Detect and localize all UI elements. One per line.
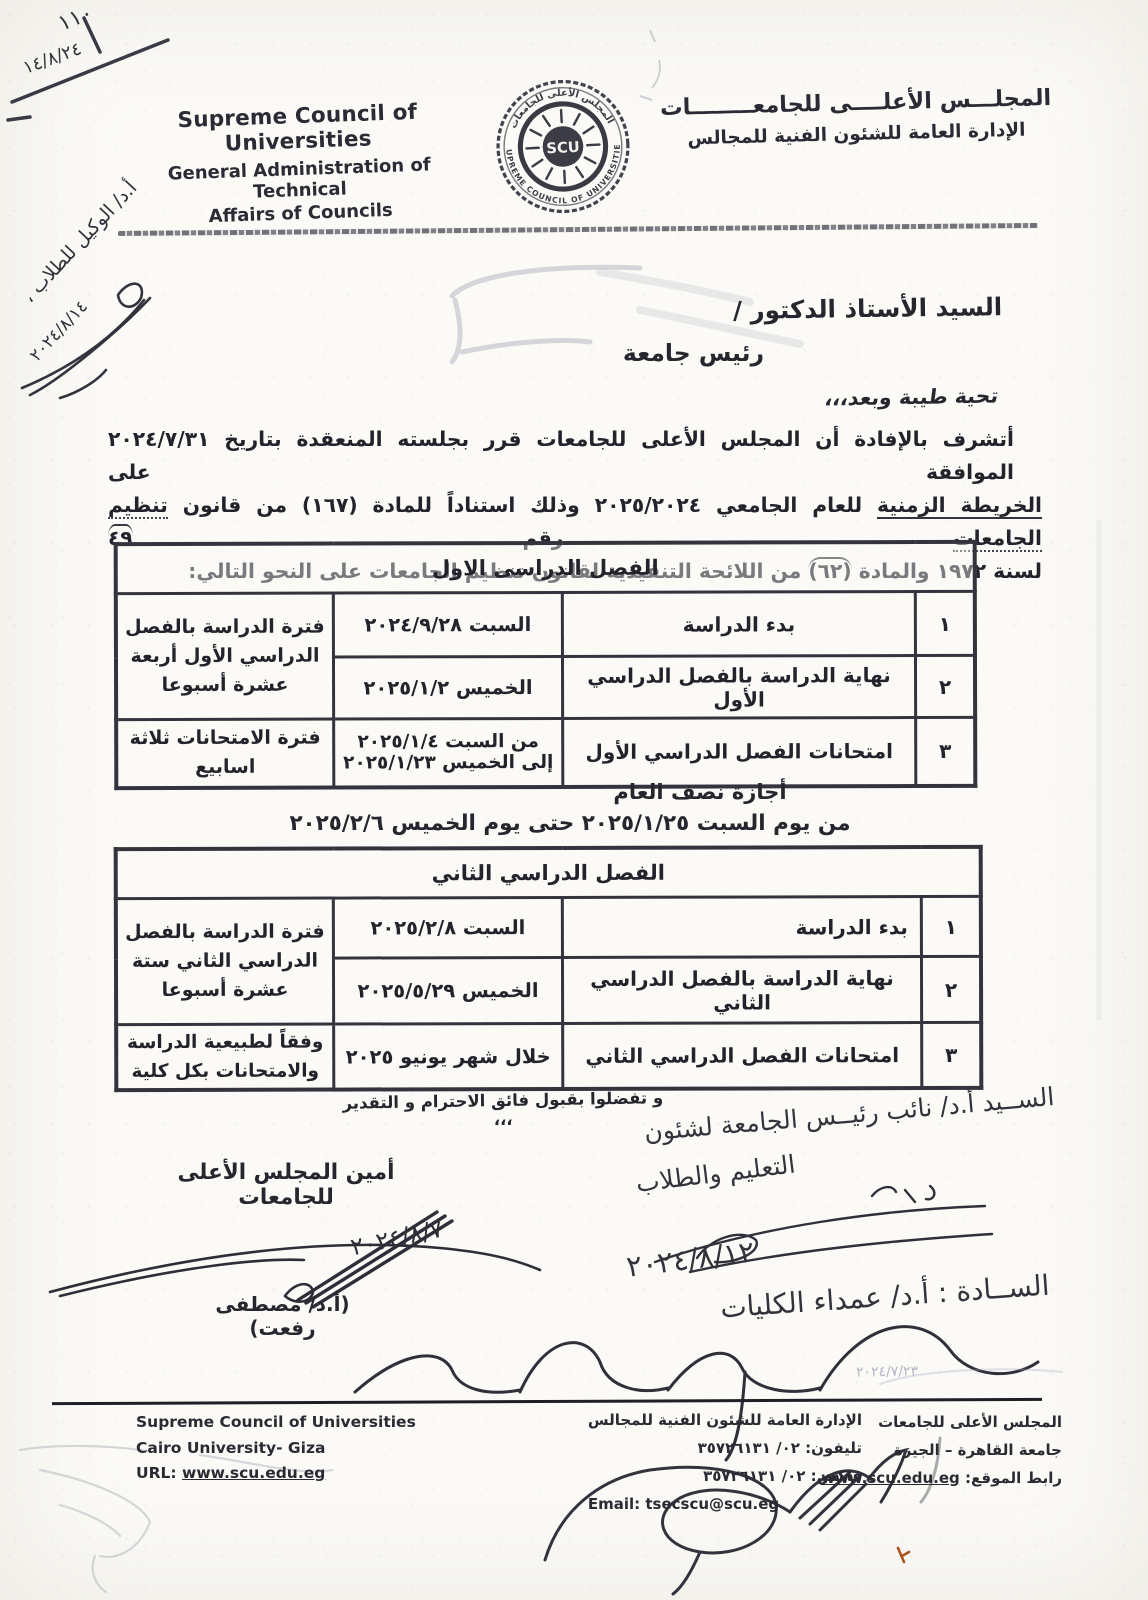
secretary-title: أمين المجلس الأعلى للجامعات bbox=[136, 1160, 436, 1210]
table-row: ١ بدء الدراسة السبت ٢٠٢٥/٢/٨ فترة الدراس… bbox=[116, 896, 981, 958]
row-date-cell: السبت ٢٠٢٥/٢/٨ bbox=[333, 897, 562, 958]
table-row: ٣ امتحانات الفصل الدراسي الثاني خلال شهر… bbox=[116, 1022, 981, 1090]
header-en-title: Supreme Council of Universities bbox=[138, 98, 458, 159]
header-arabic-block: المجلـــس الأعلــــى للجامعــــــــات ال… bbox=[651, 85, 1060, 151]
table-row: ٣ امتحانات الفصل الدراسي الأول من السبت … bbox=[116, 717, 975, 787]
midyear-vacation-range: من يوم السبت ٢٠٢٥/١/٢٥ حتى يوم الخميس ٢٠… bbox=[260, 811, 880, 836]
row-desc-cell: نهاية الدراسة بالفصل الدراسي الأول bbox=[562, 656, 915, 719]
row-number-cell: ١ bbox=[915, 591, 975, 655]
footer-org-en: Supreme Council of Universities bbox=[136, 1410, 416, 1436]
scu-seal-logo-icon: SCU المجلس الأعلى للجامعات SUPREME COUNC… bbox=[488, 74, 637, 219]
recipient-title: رئيس جامعة bbox=[623, 339, 764, 367]
row-number-cell: ٣ bbox=[922, 1022, 982, 1088]
scanned-letter-page: ١١٠ ١٤/٨/٢٤ Supreme Council of Universit… bbox=[0, 0, 1148, 1600]
body-line-2-text: للعام الجامعي ٢٠٢٥/٢٠٢٤ وذلك استناداً لل… bbox=[168, 493, 877, 517]
footer-location-en: Cairo University- Giza bbox=[136, 1436, 416, 1462]
midyear-vacation-title: أجازة نصف العام bbox=[500, 780, 900, 804]
faint-stamp-date: ٢٠٢٤/٧/٢٣ bbox=[856, 1363, 918, 1380]
underlined-phrase-timetable: الخريطة الزمنية bbox=[877, 493, 1042, 519]
header-english-block: Supreme Council of Universities General … bbox=[138, 98, 460, 229]
study-period-cell: فترة الدراسة بالفصل الدراسي الثاني ستة ع… bbox=[116, 898, 334, 1025]
right-edge-fold-shadow bbox=[1096, 520, 1102, 1020]
footer-left-block: Supreme Council of Universities Cairo Un… bbox=[136, 1410, 416, 1487]
footer-email-line: Email: tsecscu@scu.eg bbox=[588, 1490, 862, 1518]
row-date-cell: السبت ٢٠٢٤/٩/٢٨ bbox=[333, 592, 562, 657]
seal-abbr-text: SCU bbox=[546, 139, 580, 158]
footer-org-ar: المجلس الأعلى للجامعات bbox=[821, 1408, 1062, 1436]
row-date-cell: من السبت ٢٠٢٥/١/٤ إلى الخميس ٢٠٢٥/١/٢٣ bbox=[334, 718, 563, 787]
orange-tick-mark bbox=[898, 1548, 909, 1562]
semester1-title-cell: الفصل الدراسى الاول bbox=[116, 542, 975, 594]
footer-url-line: URL: www.scu.edu.eg bbox=[136, 1461, 416, 1487]
row-desc-cell: امتحانات الفصل الدراسي الأول bbox=[563, 718, 916, 787]
row-date-cell: الخميس ٢٠٢٥/١/٢ bbox=[333, 656, 562, 719]
pencil-eraser-smudge bbox=[452, 267, 640, 362]
greeting-line: تحية طيبة وبعد،،، bbox=[823, 383, 1000, 410]
footer-url-label: URL: bbox=[136, 1464, 182, 1482]
row-date-cell: الخميس ٢٠٢٥/٥/٢٩ bbox=[333, 957, 562, 1024]
exam-period-cell: فترة الامتحانات ثلاثة اسابيع bbox=[116, 719, 334, 788]
row-desc-cell: بدء الدراسة bbox=[562, 592, 915, 657]
row-date-cell: خلال شهر يونيو ٢٠٢٥ bbox=[334, 1023, 563, 1089]
row-number-cell: ٢ bbox=[915, 655, 975, 717]
footer-fax-number: ٠٢/ ٣٥٧٢٦١٣١ bbox=[703, 1467, 805, 1485]
semester1-table: الفصل الدراسى الاول ١ بدء الدراسة السبت … bbox=[114, 540, 978, 790]
footer-right-block: المجلس الأعلى للجامعات جامعة القاهرة – ا… bbox=[821, 1408, 1062, 1492]
study-period-cell: فترة الدراسة بالفصل الدراسي الأول أربعة … bbox=[116, 593, 334, 720]
secretary-name: (أ.د/ مصطفى رفعت) bbox=[180, 1292, 385, 1340]
table-row: ١ بدء الدراسة السبت ٢٠٢٤/٩/٢٨ فترة الدرا… bbox=[116, 591, 975, 657]
footer-site-label: رابط الموقع: bbox=[960, 1469, 1062, 1487]
row-number-cell: ٢ bbox=[921, 956, 981, 1022]
row-number-cell: ١ bbox=[921, 896, 981, 956]
recipient-line: السيد الأستاذ الدكتور / bbox=[733, 292, 1003, 325]
footer-location-ar: جامعة القاهرة – الجيزة bbox=[821, 1436, 1062, 1464]
footer-url-link: www.scu.edu.eg bbox=[182, 1464, 325, 1482]
footer-site-link: www.scu.edu.eg bbox=[821, 1469, 960, 1487]
semester2-table: الفصل الدراسي الثاني ١ بدء الدراسة السبت… bbox=[114, 845, 984, 1092]
body-line-1: أتشرف بالإفادة أن المجلس الأعلى للجامعات… bbox=[108, 423, 1042, 489]
footer-phone-number: ٠٢/ ٣٥٧٢٦١٣١ bbox=[698, 1439, 800, 1457]
semester2-title-cell: الفصل الدراسي الثاني bbox=[116, 847, 981, 899]
row-desc-cell: نهاية الدراسة بالفصل الدراسي الثاني bbox=[562, 957, 921, 1024]
row-desc-cell: بدء الدراسة bbox=[562, 897, 921, 958]
exam-period-cell: وفقاً لطبيعية الدراسة والامتحانات بكل كل… bbox=[116, 1024, 334, 1090]
semester1-table-wrap: الفصل الدراسى الاول ١ بدء الدراسة السبت … bbox=[114, 541, 977, 789]
semester2-table-wrap: الفصل الدراسي الثاني ١ بدء الدراسة السبت… bbox=[114, 846, 983, 1091]
row-desc-cell: امتحانات الفصل الدراسي الثاني bbox=[563, 1023, 922, 1089]
footer-site-line: رابط الموقع: www.scu.edu.eg bbox=[821, 1464, 1062, 1492]
row-number-cell: ٣ bbox=[916, 717, 976, 785]
top-right-pencil-marks bbox=[640, 30, 660, 100]
